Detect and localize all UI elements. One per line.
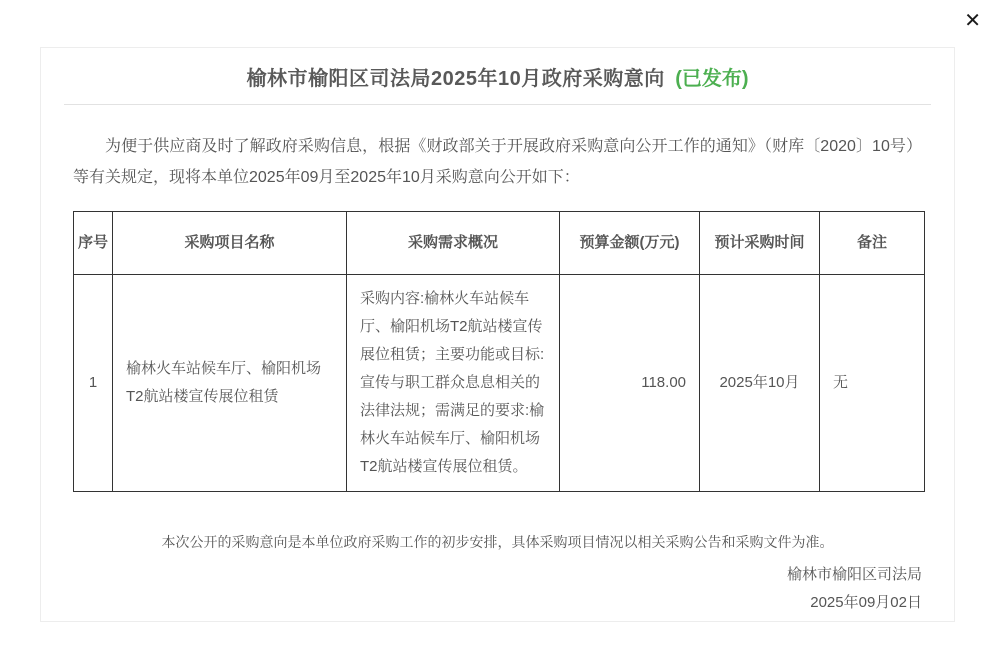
column-header-demand: 采购需求概况 — [347, 212, 560, 275]
project-name-cell: 榆林火车站候车厅、榆阳机场T2航站楼宣传展位租赁 — [113, 275, 347, 492]
procurement-table: 序号 采购项目名称 采购需求概况 预算金额(万元) 预计采购时间 备注 1 榆林… — [73, 211, 925, 492]
announcement-dialog: 榆林市榆阳区司法局2025年10月政府采购意向 (已发布) 为便于供应商及时了解… — [40, 47, 955, 622]
dialog-header: 榆林市榆阳区司法局2025年10月政府采购意向 (已发布) — [64, 48, 931, 105]
status-badge: (已发布) — [675, 68, 748, 90]
footer-note: 本次公开的采购意向是本单位政府采购工作的初步安排，具体采购项目情况以相关采购公告… — [73, 532, 922, 552]
expected-time-cell: 2025年10月 — [700, 275, 820, 492]
row-index-cell: 1 — [74, 275, 113, 492]
column-header-name: 采购项目名称 — [113, 212, 347, 275]
demand-overview-cell: 采购内容:榆林火车站候车厅、榆阳机场T2航站楼宣传展位租赁；主要功能或目标:宣传… — [347, 275, 560, 492]
intro-paragraph: 为便于供应商及时了解政府采购信息，根据《财政部关于开展政府采购意向公开工作的通知… — [73, 131, 922, 193]
column-header-index: 序号 — [74, 212, 113, 275]
column-header-budget: 预算金额(万元) — [560, 212, 700, 275]
remark-cell: 无 — [820, 275, 925, 492]
page-title: 榆林市榆阳区司法局2025年10月政府采购意向 — [246, 68, 664, 90]
column-header-remark: 备注 — [820, 212, 925, 275]
budget-cell: 118.00 — [560, 275, 700, 492]
signature-org: 榆林市榆阳区司法局 — [73, 561, 922, 589]
signature-block: 榆林市榆阳区司法局 2025年09月02日 — [73, 561, 922, 617]
close-icon[interactable]: ✕ — [964, 9, 981, 33]
table-row: 1 榆林火车站候车厅、榆阳机场T2航站楼宣传展位租赁 采购内容:榆林火车站候车厅… — [74, 275, 925, 492]
column-header-time: 预计采购时间 — [700, 212, 820, 275]
table-header-row: 序号 采购项目名称 采购需求概况 预算金额(万元) 预计采购时间 备注 — [74, 212, 925, 275]
signature-date: 2025年09月02日 — [73, 589, 922, 617]
dialog-body: 为便于供应商及时了解政府采购信息，根据《财政部关于开展政府采购意向公开工作的通知… — [41, 131, 954, 617]
